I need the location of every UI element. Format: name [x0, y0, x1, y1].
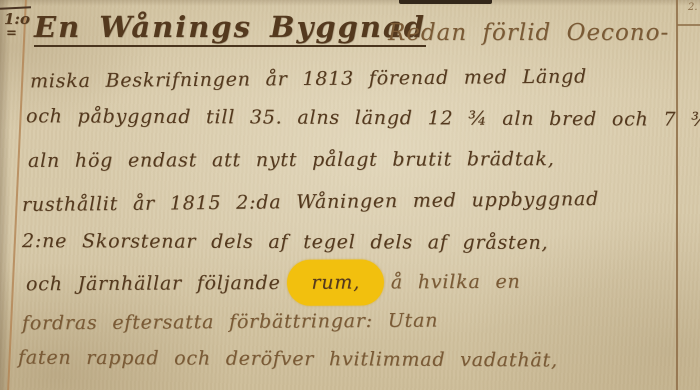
handwritten-line: aln hög endast att nytt pålagt brutit br… — [28, 148, 555, 172]
highlighted-word: rum, — [311, 272, 360, 294]
line-text-before: och Järnhällar följande — [26, 272, 296, 295]
right-column-rule — [676, 0, 678, 390]
highlight-annotation: rum, — [287, 259, 384, 306]
top-page-edge-mark — [399, 0, 492, 4]
corner-page-mark: 2. — [688, 2, 698, 13]
heading-trailing-text: Redan förlid Oecono- — [388, 20, 669, 46]
handwritten-line: rusthållit år 1815 2:da Wåningen med upp… — [22, 188, 599, 216]
paper-edge-shadow-left — [0, 0, 10, 390]
handwritten-line: fordras eftersatta förbättringar: Utan — [22, 310, 438, 335]
manuscript-page: 1:o = 2. En Wånings Byggnad Redan förlid… — [0, 0, 700, 390]
right-header-rule — [677, 24, 700, 26]
paper-edge-shadow-top — [0, 0, 700, 6]
handwritten-line-with-highlight: och Järnhällar följande rum, å hvilka en — [26, 271, 521, 296]
handwritten-line: 2:ne Skorstenar dels af tegel dels af gr… — [22, 230, 548, 254]
handwritten-line: faten rappad och deröfver hvitlimmad vad… — [18, 347, 558, 372]
section-heading: En Wånings Byggnad — [34, 10, 426, 47]
line-text-after: å hvilka en — [376, 271, 521, 294]
heading-underlined-title: En Wånings Byggnad — [34, 10, 426, 47]
margin-item-flourish: = — [6, 26, 18, 41]
handwritten-line: miska Beskrifningen år 1813 förenad med … — [30, 66, 587, 93]
handwritten-line: och påbyggnad till 35. alns längd 12 ¾ a… — [26, 105, 700, 131]
